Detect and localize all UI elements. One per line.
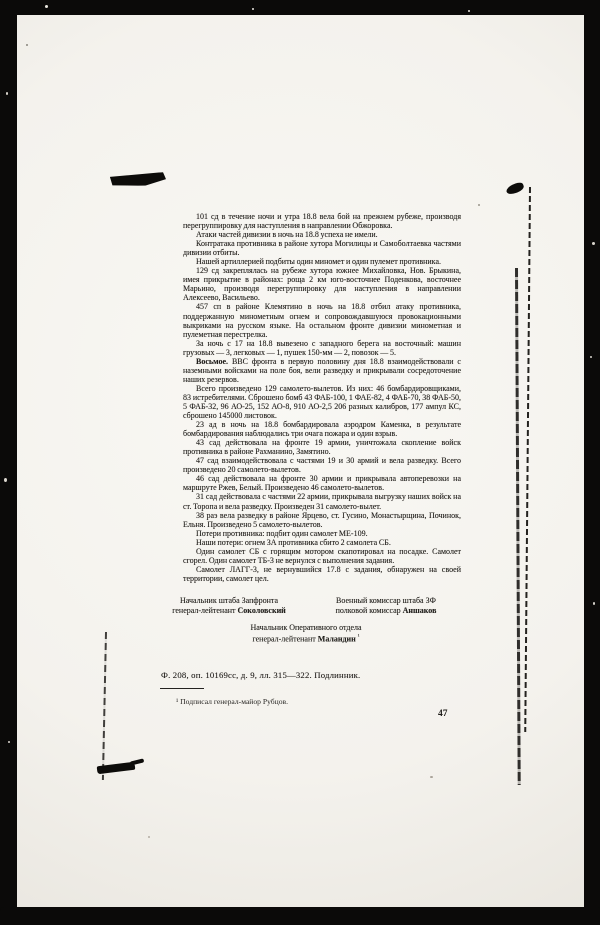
scan-border-left (0, 0, 17, 925)
body-paragraph: Контратака противника в районе хутора Мо… (183, 239, 461, 257)
scan-speck (252, 8, 254, 10)
body-paragraph: Наши потери: огнем ЗА противника сбито 2… (183, 538, 461, 547)
scan-speck (468, 10, 470, 12)
signature-name: Аншаков (403, 606, 437, 615)
body-paragraph: Всего произведено 129 самолето-вылетов. … (183, 384, 461, 420)
scan-speck (45, 5, 48, 8)
paragraph-text: 46 сад действовала на фронте 30 армии и … (183, 474, 461, 492)
scan-speck (26, 44, 28, 46)
signature-name: Маландин (318, 634, 356, 643)
paragraph-text: 47 сад взаимодействовала с частями 19 и … (183, 456, 461, 474)
document-text-column: 101 сд в течение ночи и утра 18.8 вела б… (183, 212, 461, 583)
scan-speck (148, 836, 150, 838)
body-paragraph: Один самолет СБ с горящим мотором скапот… (183, 547, 461, 565)
scan-border-bottom (0, 907, 600, 925)
signature-line: генерал-лейтенант Маландин ¹ (236, 633, 376, 644)
scanned-document-page: 101 сд в течение ночи и утра 18.8 вела б… (0, 0, 600, 925)
signature-line: генерал-лейтенант Соколовский (160, 606, 298, 616)
paragraph-text: 38 раэ вела разведку в районе Ярцево, ст… (183, 511, 461, 529)
signature-name: Соколовский (238, 606, 286, 615)
signature-line: полковой комиссар Аншаков (320, 606, 452, 616)
body-paragraph: Потери противника: подбит один самолет М… (183, 529, 461, 538)
signature-chief-of-staff: Начальник штаба Запфронта генерал-лейтен… (160, 596, 298, 615)
body-paragraph: 47 сад взаимодействовала с частями 19 и … (183, 456, 461, 474)
paragraph-text: Нашей артиллерией подбиты один миномет и… (196, 257, 441, 266)
ink-blot (110, 172, 166, 187)
paragraph-text: Наши потери: огнем ЗА противника сбито 2… (196, 538, 391, 547)
body-paragraph: 43 сад действовала на фронте 19 армии, у… (183, 438, 461, 456)
body-paragraph: Восьмое. ВВС фронта в первую половину дн… (183, 357, 461, 384)
paragraph-text: 129 сд закреплялась на рубеже хутора южн… (183, 266, 461, 302)
body-paragraph: Нашей артиллерией подбиты один миномет и… (183, 257, 461, 266)
ink-blot (505, 181, 525, 196)
footnote-marker: ¹ (358, 634, 360, 640)
scratch-mark (524, 187, 531, 732)
scan-speck (592, 242, 595, 245)
signature-title: Начальник Оперативного отдела (236, 623, 376, 633)
scan-speck (430, 776, 433, 778)
scan-speck (590, 356, 592, 358)
scan-border-top (0, 0, 600, 15)
scratch-mark (102, 632, 107, 780)
paragraph-text: Атаки частей дивизии в ночь на 18.8 успе… (196, 230, 378, 239)
body-paragraph: 101 сд в течение ночи и утра 18.8 вела б… (183, 212, 461, 230)
body-paragraph: 46 сад действовала на фронте 30 армии и … (183, 474, 461, 492)
paragraph-text: Один самолет СБ с горящим мотором скапот… (183, 547, 461, 565)
paragraph-text: 31 сад действовала с частями 22 армии, п… (183, 492, 461, 510)
paragraph-text: Потери противника: подбит один самолет М… (196, 529, 368, 538)
footnote-divider (160, 688, 204, 689)
footnote: ¹ Подписал генерал-майор Рубцов. (176, 697, 288, 706)
paragraph-text: 23 ад в ночь на 18.8 бомбардировала аэро… (183, 420, 461, 438)
scan-speck (6, 92, 8, 95)
ink-blot (130, 758, 145, 765)
paragraph-text: За ночь с 17 на 18.8 вывезено с западног… (183, 339, 461, 357)
body-paragraph: 31 сад действовала с частями 22 армии, п… (183, 492, 461, 510)
signature-military-commissar: Военный комиссар штаба ЗФ полковой комис… (320, 596, 452, 615)
archive-reference: Ф. 208, оп. 10169сс, д. 9, лл. 315—322. … (161, 670, 360, 680)
body-paragraph: 129 сд закреплялась на рубеже хутора южн… (183, 266, 461, 302)
paragraph-text: Контратака противника в районе хутора Мо… (183, 239, 461, 257)
scan-border-right (584, 0, 600, 925)
signature-title: Начальник штаба Запфронта (160, 596, 298, 606)
body-paragraph: 23 ад в ночь на 18.8 бомбардировала аэро… (183, 420, 461, 438)
body-paragraph: Атаки частей дивизии в ночь на 18.8 успе… (183, 230, 461, 239)
paragraph-text: 43 сад действовала на фронте 19 армии, у… (183, 438, 461, 456)
scan-speck (4, 478, 7, 482)
scan-speck (8, 741, 10, 743)
body-paragraph: Самолет ЛАГГ-3, не вернувшийся 17.8 с за… (183, 565, 461, 583)
paragraph-lead: Восьмое. (196, 357, 232, 366)
page-number: 47 (438, 709, 448, 719)
paragraph-text: Всего произведено 129 самолето-вылетов. … (183, 384, 461, 420)
paragraph-text: Самолет ЛАГГ-3, не вернувшийся 17.8 с за… (183, 565, 461, 583)
signature-title: Военный комиссар штаба ЗФ (320, 596, 452, 606)
body-paragraph: 38 раэ вела разведку в районе Ярцево, ст… (183, 511, 461, 529)
signature-operations-chief: Начальник Оперативного отдела генерал-ле… (236, 623, 376, 644)
body-paragraph: За ночь с 17 на 18.8 вывезено с западног… (183, 339, 461, 357)
scan-speck (593, 602, 595, 605)
scratch-mark (515, 268, 521, 785)
paragraph-text: 101 сд в течение ночи и утра 18.8 вела б… (183, 212, 461, 230)
scan-speck (478, 204, 480, 206)
paragraph-text: 457 сп в районе Клемятино в ночь на 18.8… (183, 302, 461, 338)
body-paragraph: 457 сп в районе Клемятино в ночь на 18.8… (183, 302, 461, 338)
